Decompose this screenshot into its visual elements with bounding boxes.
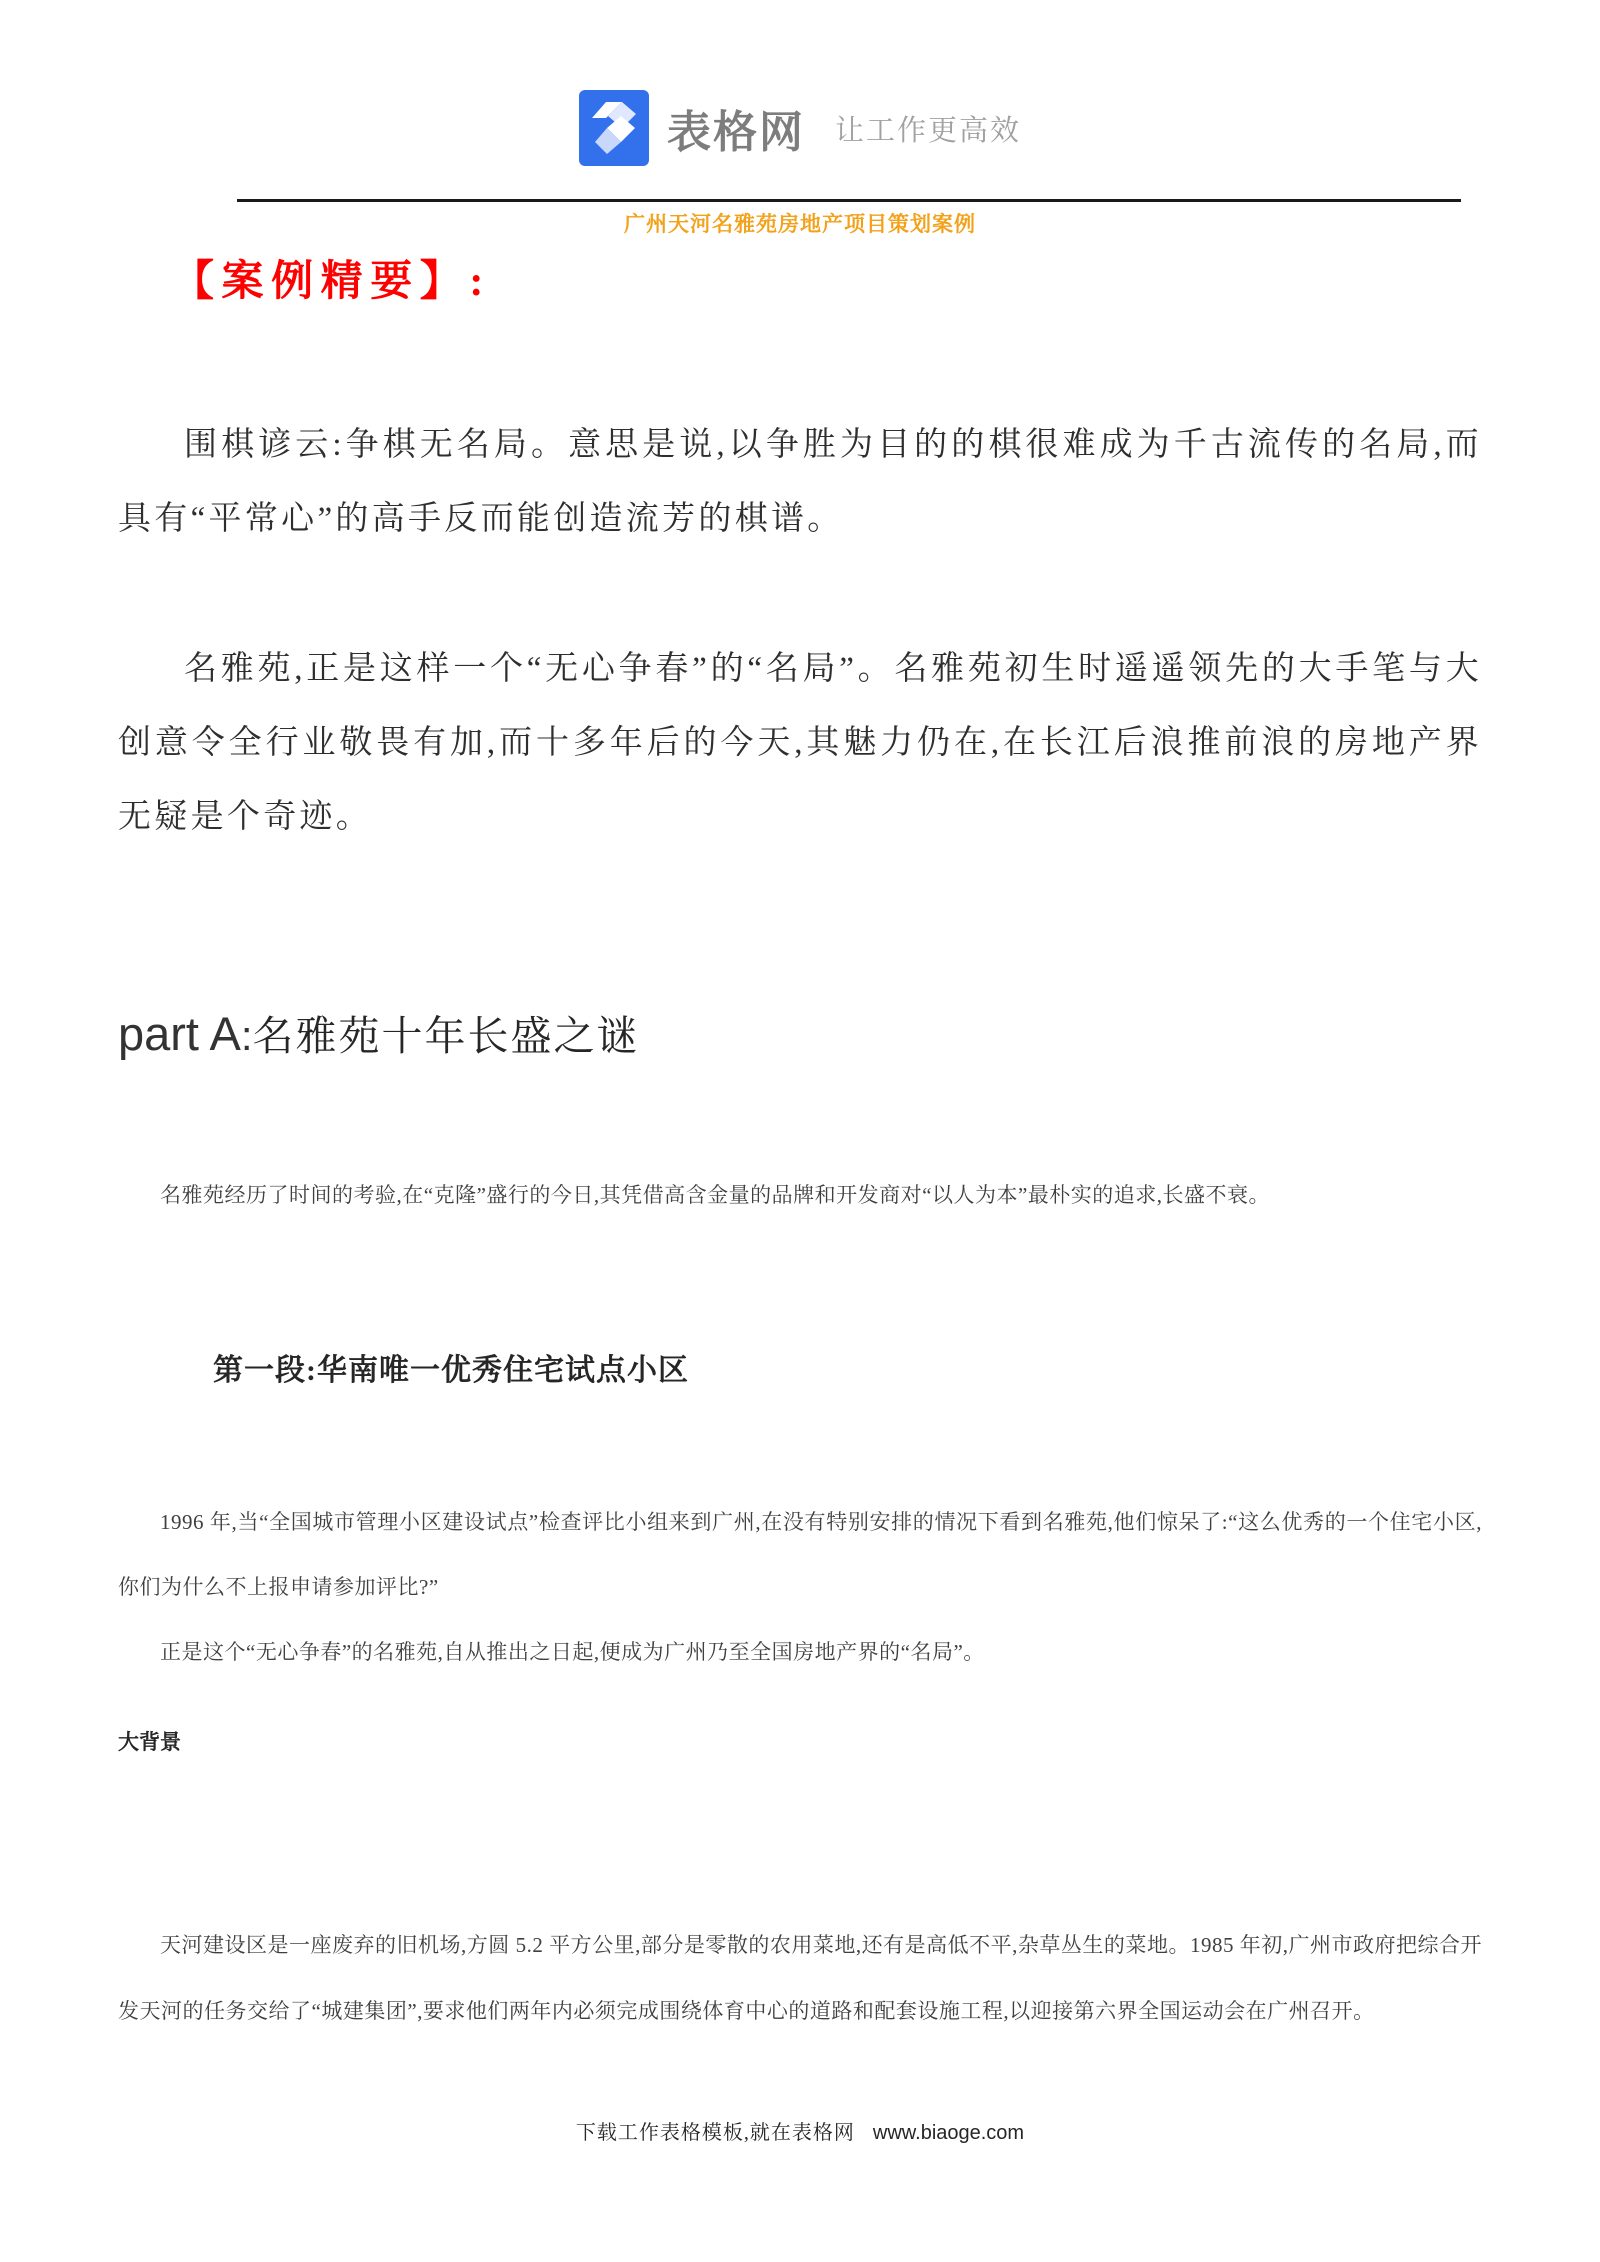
footer-text: 下载工作表格模板,就在表格网 xyxy=(576,2122,855,2144)
part-a-lead-paragraph: 名雅苑经历了时间的考验,在“克隆”盛行的今日,其凭借高含金量的品牌和开发商对“以… xyxy=(118,1163,1482,1227)
logo-name: 表格网 xyxy=(667,96,805,160)
lead-text: 名雅苑经历了时间的考验,在“克隆”盛行的今日,其凭借高含金量的品牌和开发商对“以… xyxy=(118,1163,1482,1227)
part-a-title-cn: 名雅苑十年长盛之谜 xyxy=(252,1013,639,1059)
background-paragraph-block: 天河建设区是一座废弃的旧机场,方圆 5.2 平方公里,部分是零散的农用菜地,还有… xyxy=(118,1912,1482,2044)
intro-paragraph-2: 名雅苑,正是这样一个“无心争春”的“名局”。名雅苑初生时遥遥领先的大手笔与大创意… xyxy=(118,632,1482,854)
intro-paragraph-1: 围棋谚云:争棋无名局。意思是说,以争胜为目的的棋很难成为千古流传的名局,而具有“… xyxy=(118,408,1482,556)
section1-paragraph-2: 正是这个“无心争春”的名雅苑,自从推出之日起,便成为广州乃至全国房地产界的“名局… xyxy=(118,1620,1482,1685)
footer-url[interactable]: www.biaoge.com xyxy=(873,2122,1024,2144)
part-a-title-en: part A xyxy=(118,1007,241,1060)
page-footer: 下载工作表格模板,就在表格网 www.biaoge.com xyxy=(0,2116,1600,2145)
page-header: 表格网 让工作更高效 xyxy=(0,78,1600,178)
document-subtitle: 广州天河名雅苑房地产项目策划案例 xyxy=(0,208,1600,238)
section1-heading: 第一段:华南唯一优秀住宅试点小区 xyxy=(213,1345,689,1389)
background-paragraph: 天河建设区是一座废弃的旧机场,方圆 5.2 平方公里,部分是零散的农用菜地,还有… xyxy=(118,1912,1482,2044)
case-summary-heading: 【案例精要】: xyxy=(172,248,491,308)
part-a-title: part A:名雅苑十年长盛之谜 xyxy=(118,1003,639,1062)
header-divider xyxy=(237,199,1461,202)
background-subheading: 大背景 xyxy=(118,1726,181,1756)
part-a-title-colon: : xyxy=(241,1012,253,1059)
section1-paragraph-1: 1996 年,当“全国城市管理小区建设试点”检查评比小组来到广州,在没有特别安排… xyxy=(118,1490,1482,1620)
biaoge-logo-icon[interactable] xyxy=(579,90,649,166)
logo-diamond-glyph xyxy=(592,102,636,154)
logo-tagline: 让工作更高效 xyxy=(835,108,1021,149)
section1-paragraphs: 1996 年,当“全国城市管理小区建设试点”检查评比小组来到广州,在没有特别安排… xyxy=(118,1490,1482,1685)
